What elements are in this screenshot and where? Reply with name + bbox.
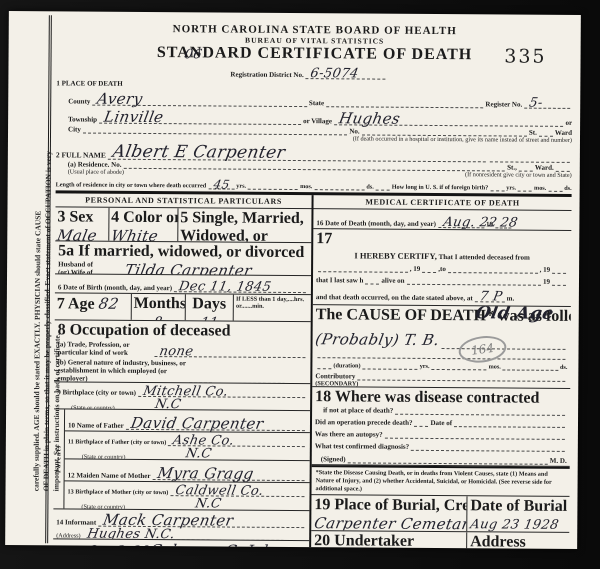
age-label: 7 Age	[57, 295, 95, 312]
race-value: White	[109, 227, 159, 241]
county-row: County Avery State Register No. 5-	[56, 89, 572, 109]
ds-label: ds.	[560, 364, 567, 371]
certificate-title: STANDARD CERTIFICATE OF DEATH	[57, 43, 573, 65]
spouse-row: 5a If married, widowed, or divorced Husb…	[55, 241, 311, 276]
trade-value: none	[158, 344, 195, 359]
mos-label: mos.	[300, 183, 312, 190]
comma-19: , 19	[540, 266, 551, 274]
mos-label: mos.	[534, 185, 546, 192]
age-row: 7 Age 82 years Months 8 Days 11	[55, 293, 311, 322]
city-ward-label: Ward	[555, 129, 572, 137]
item-17: 17	[316, 230, 568, 250]
burial-place-value: Carpenter Cemetary	[313, 514, 468, 531]
undertaker-label: 20 Undertaker	[314, 532, 463, 549]
parents-block: Parents 10 Name of Father David Carpente…	[53, 409, 310, 511]
registration-district-row: Registration District No. 6-5074	[56, 64, 572, 81]
place-of-death-label: 1 PLACE OF DEATH	[56, 79, 122, 87]
filed-date-value: Oct 3	[86, 544, 126, 549]
filed-year-value: 28	[131, 544, 151, 549]
register-no-label: Register No.	[485, 100, 522, 108]
contributory-label: Contributory	[315, 372, 355, 380]
mother-name-row: 12 Maiden Name of Mother Myra Gragg	[65, 459, 310, 483]
residence-length-row: Length of residence in city or town wher…	[56, 176, 572, 192]
birthplace-value: Mitchell Co.	[142, 384, 230, 400]
father-label: 10 Name of Father	[68, 421, 124, 429]
parents-label: Parents	[55, 445, 62, 473]
yrs-label: yrs.	[420, 363, 430, 370]
burial-place-cell: 19 Place of Burial, Cremation, or remova…	[311, 495, 467, 531]
burial-date-value: Aug 23 1928	[469, 517, 560, 532]
test-label: What test confirmed diagnosis?	[315, 442, 409, 451]
autopsy-label: Was there an autopsy?	[315, 430, 383, 438]
burial-row: 19 Place of Burial, Cremation, or remova…	[311, 495, 569, 533]
cause-secondary-value: (Probably) T. B.	[314, 330, 441, 349]
last-saw-label: that I last saw h	[316, 276, 364, 284]
months-label: Months	[134, 295, 183, 313]
form-header: NORTH CAROLINA STATE BOARD OF HEALTH BUR…	[57, 15, 573, 65]
parents-vertical-label: Parents	[53, 409, 65, 508]
pencil-mark: 06	[183, 47, 203, 62]
informant-label: 14 Informant	[56, 518, 96, 526]
race-label: 4 Color or Race	[111, 209, 175, 227]
md-label: M. D.	[550, 457, 567, 465]
burial-date-cell: Date of Burial Aug 23 1928	[467, 496, 569, 532]
signed-label: (Signed)	[315, 455, 346, 463]
registration-district-label: Registration District No.	[230, 71, 303, 80]
burial-place-label: 19 Place of Burial, Cremation, or remova…	[314, 496, 463, 515]
dob-value: Dec 11, 1845	[178, 279, 273, 295]
medical-column: MEDICAL CERTIFICATE OF DEATH 16 Date of …	[311, 195, 572, 549]
yrs-label: yrs.	[506, 184, 516, 191]
informant-row: 14 Informant Mack Carpenter (Address) Hu…	[53, 509, 309, 541]
undertaker-row: 20 Undertaker Friends Address Hughes	[311, 531, 569, 549]
or-village-label: or Village	[303, 117, 332, 125]
or-label: or	[565, 119, 572, 127]
ds-label: ds.	[366, 184, 373, 191]
mother-bp-state-value: N.C	[194, 497, 223, 511]
age-less-cell: If LESS than 1 day,....hrs. or.......min…	[234, 295, 311, 322]
sex-cell: 3 Sex Male	[55, 207, 109, 240]
county-value: Avery	[96, 90, 145, 108]
township-label: Township	[68, 115, 97, 123]
certify-rest: That I attended deceased from	[439, 253, 530, 262]
age-days-value: 11	[199, 315, 219, 320]
certificate-number: 335	[504, 45, 546, 67]
foreign-birth-label: How long in U. S. if of foreign birth?	[392, 184, 489, 192]
to-label: to	[440, 265, 446, 273]
registration-district-value: 6-5074	[309, 66, 360, 81]
footnote-block: *State the Disease Causing Death, or in …	[311, 465, 569, 497]
father-name-row: 10 Name of Father David Carpenter	[65, 409, 310, 432]
father-bp-state-value: N.C	[184, 446, 213, 461]
death-occurred-label: and that death occurred, on the date sta…	[316, 293, 473, 302]
full-name-label: 2 FULL NAME	[56, 150, 106, 159]
village-value: Hughes	[337, 109, 401, 127]
footnote-text: *State the Disease Causing Death, or in …	[316, 469, 552, 492]
full-name-row: 2 FULL NAME Albert E Carpenter	[56, 141, 572, 163]
race-cell: 4 Color or Race White	[109, 208, 178, 241]
county-label: County	[68, 97, 90, 105]
spouse-value: Tilda Carpenter	[123, 261, 253, 276]
days-label: Days	[187, 295, 231, 313]
father-birthplace-row: 11 Birthplace of Father (city or town) A…	[65, 431, 310, 460]
mos-label: mos.	[489, 363, 501, 370]
abode-note: (Usual place of abode)	[56, 168, 124, 175]
sex-value: Male	[56, 226, 99, 240]
disease-questions-block: 18 Where was disease contracted if not a…	[312, 387, 571, 467]
industry-label: (b) General nature of industry, business…	[57, 358, 187, 383]
trade-label: (a) Trade, Profession, or particular kin…	[57, 340, 152, 357]
undertaker-address-cell: Address Hughes	[467, 532, 569, 549]
cause-value: Old Age	[474, 305, 555, 324]
spouse-label: 5a If married, widowed, or divorced	[58, 242, 308, 262]
dod-value: Aug. 22	[442, 215, 498, 230]
mother-bp-label: 13 Birthplace of Mother (city or town)	[67, 489, 168, 497]
occupation-label: 8 Occupation of deceased	[58, 321, 308, 341]
registrar-signature: Coleman C. Johnson	[148, 541, 309, 549]
yrs-label: yrs.	[236, 183, 246, 190]
city-no-label: No.	[349, 127, 359, 135]
alive-on-label: alive on	[381, 277, 404, 285]
full-name-value: Albert E Carpenter	[111, 142, 287, 163]
father-bp-label: 11 Birthplace of Father (city or town)	[68, 438, 166, 446]
city-label: City	[68, 125, 81, 133]
dob-row: 6 Date of Birth (month, day, and year) D…	[55, 274, 311, 295]
age-value: 82	[97, 295, 120, 313]
residence-length-label: Length of residence in city or town wher…	[56, 181, 207, 189]
where-contracted-label2: if not at place of death?	[315, 406, 393, 415]
dod-year-value: 28	[499, 215, 519, 230]
certify-bold: I HEREBY CERTIFY,	[354, 250, 437, 261]
duration-label: (duration)	[333, 362, 360, 369]
mother-value: Myra Gragg	[156, 464, 255, 483]
mother-birthplace-row: 13 Birthplace of Mother (city or town) C…	[64, 482, 309, 510]
less-than-day-label: If LESS than 1 day,....hrs. or.......min…	[236, 296, 304, 310]
time-of-death-value: 7 P	[478, 289, 503, 304]
sex-label: 3 Sex	[57, 208, 106, 226]
register-no-value: 5-	[528, 96, 544, 111]
date-of-label: Date of	[430, 419, 452, 427]
burial-date-label: Date of Burial	[470, 497, 566, 516]
marital-cell: 5 Single, Married, Widowed, or Divorced …	[178, 208, 311, 242]
undertaker-cell: 20 Undertaker Friends	[311, 531, 467, 549]
dob-label: 6 Date of Birth (month, day, and year)	[58, 283, 172, 292]
m-label: m.	[507, 294, 515, 302]
ds-label: ds.	[564, 185, 571, 192]
birthplace-state-value: N.C	[153, 397, 182, 411]
occupation-row: 8 Occupation of deceased (a) Trade, Prof…	[54, 320, 310, 384]
filed-label: 15 Filed	[56, 548, 80, 549]
scan-background: carefully supplied. AGE should be stated…	[0, 0, 600, 569]
residence-length-value: 45	[212, 177, 231, 191]
certificate-paper: carefully supplied. AGE should be stated…	[5, 11, 581, 549]
cause-label-row: The CAUSE OF DEATH* was as follows: Old …	[316, 306, 568, 326]
dod-label: 16 Date of Death (month, day, and year)	[316, 219, 436, 228]
certify-block: 17 I HEREBY CERTIFY, That I attended dec…	[313, 229, 572, 307]
certificate-form: NORTH CAROLINA STATE BOARD OF HEALTH BUR…	[45, 15, 573, 547]
nineteen-label: 19	[543, 278, 550, 286]
mother-label: 12 Maiden Name of Mother	[68, 472, 151, 481]
operation-label: Did an operation precede death?	[315, 418, 413, 427]
city-st-label: St.	[529, 129, 537, 137]
township-row: Township Linville or Village Hughes or	[56, 107, 572, 127]
age-years-cell: 7 Age 82 years	[55, 293, 132, 320]
township-value: Linville	[102, 108, 165, 126]
birthplace-row: 9 Birthplace (city or town) Mitchell Co.…	[54, 382, 310, 411]
marital-label: 5 Single, Married, Widowed, or Divorced	[180, 209, 304, 242]
where-contracted-label: 18 Where was disease contracted	[315, 388, 567, 408]
cause-of-death-block: The CAUSE OF DEATH* was as follows: Old …	[312, 305, 571, 389]
father-value: David Carpenter	[129, 414, 265, 433]
age-months-cell: Months 8	[132, 294, 186, 320]
nonresident-note: (If nonresident give city or town and St…	[465, 171, 572, 179]
residence-ward-label: Ward.	[535, 164, 554, 172]
age-days-cell: Days 11	[185, 294, 234, 320]
age-months-value: 8	[152, 315, 163, 320]
residence-st-label: St.,	[507, 163, 517, 171]
personal-column: PERSONAL AND STATISTICAL PARTICULARS 3 S…	[53, 193, 314, 549]
husband-of-label: Husband of	[58, 260, 93, 268]
undertaker-address-label: Address	[470, 533, 566, 549]
birthplace-label: 9 Birthplace (city or town)	[57, 388, 136, 397]
state-label: State	[309, 99, 324, 107]
filed-row: 15 Filed Oct 3 19 28 Coleman C. Johnson …	[53, 539, 309, 549]
date-of-death-row: 16 Date of Death (month, day, and year) …	[313, 209, 571, 231]
comma-19: , 19	[410, 265, 421, 273]
main-columns: PERSONAL AND STATISTICAL PARTICULARS 3 S…	[53, 190, 572, 549]
sex-race-marital-row: 3 Sex Male 4 Color or Race White 5 Singl…	[55, 207, 311, 243]
